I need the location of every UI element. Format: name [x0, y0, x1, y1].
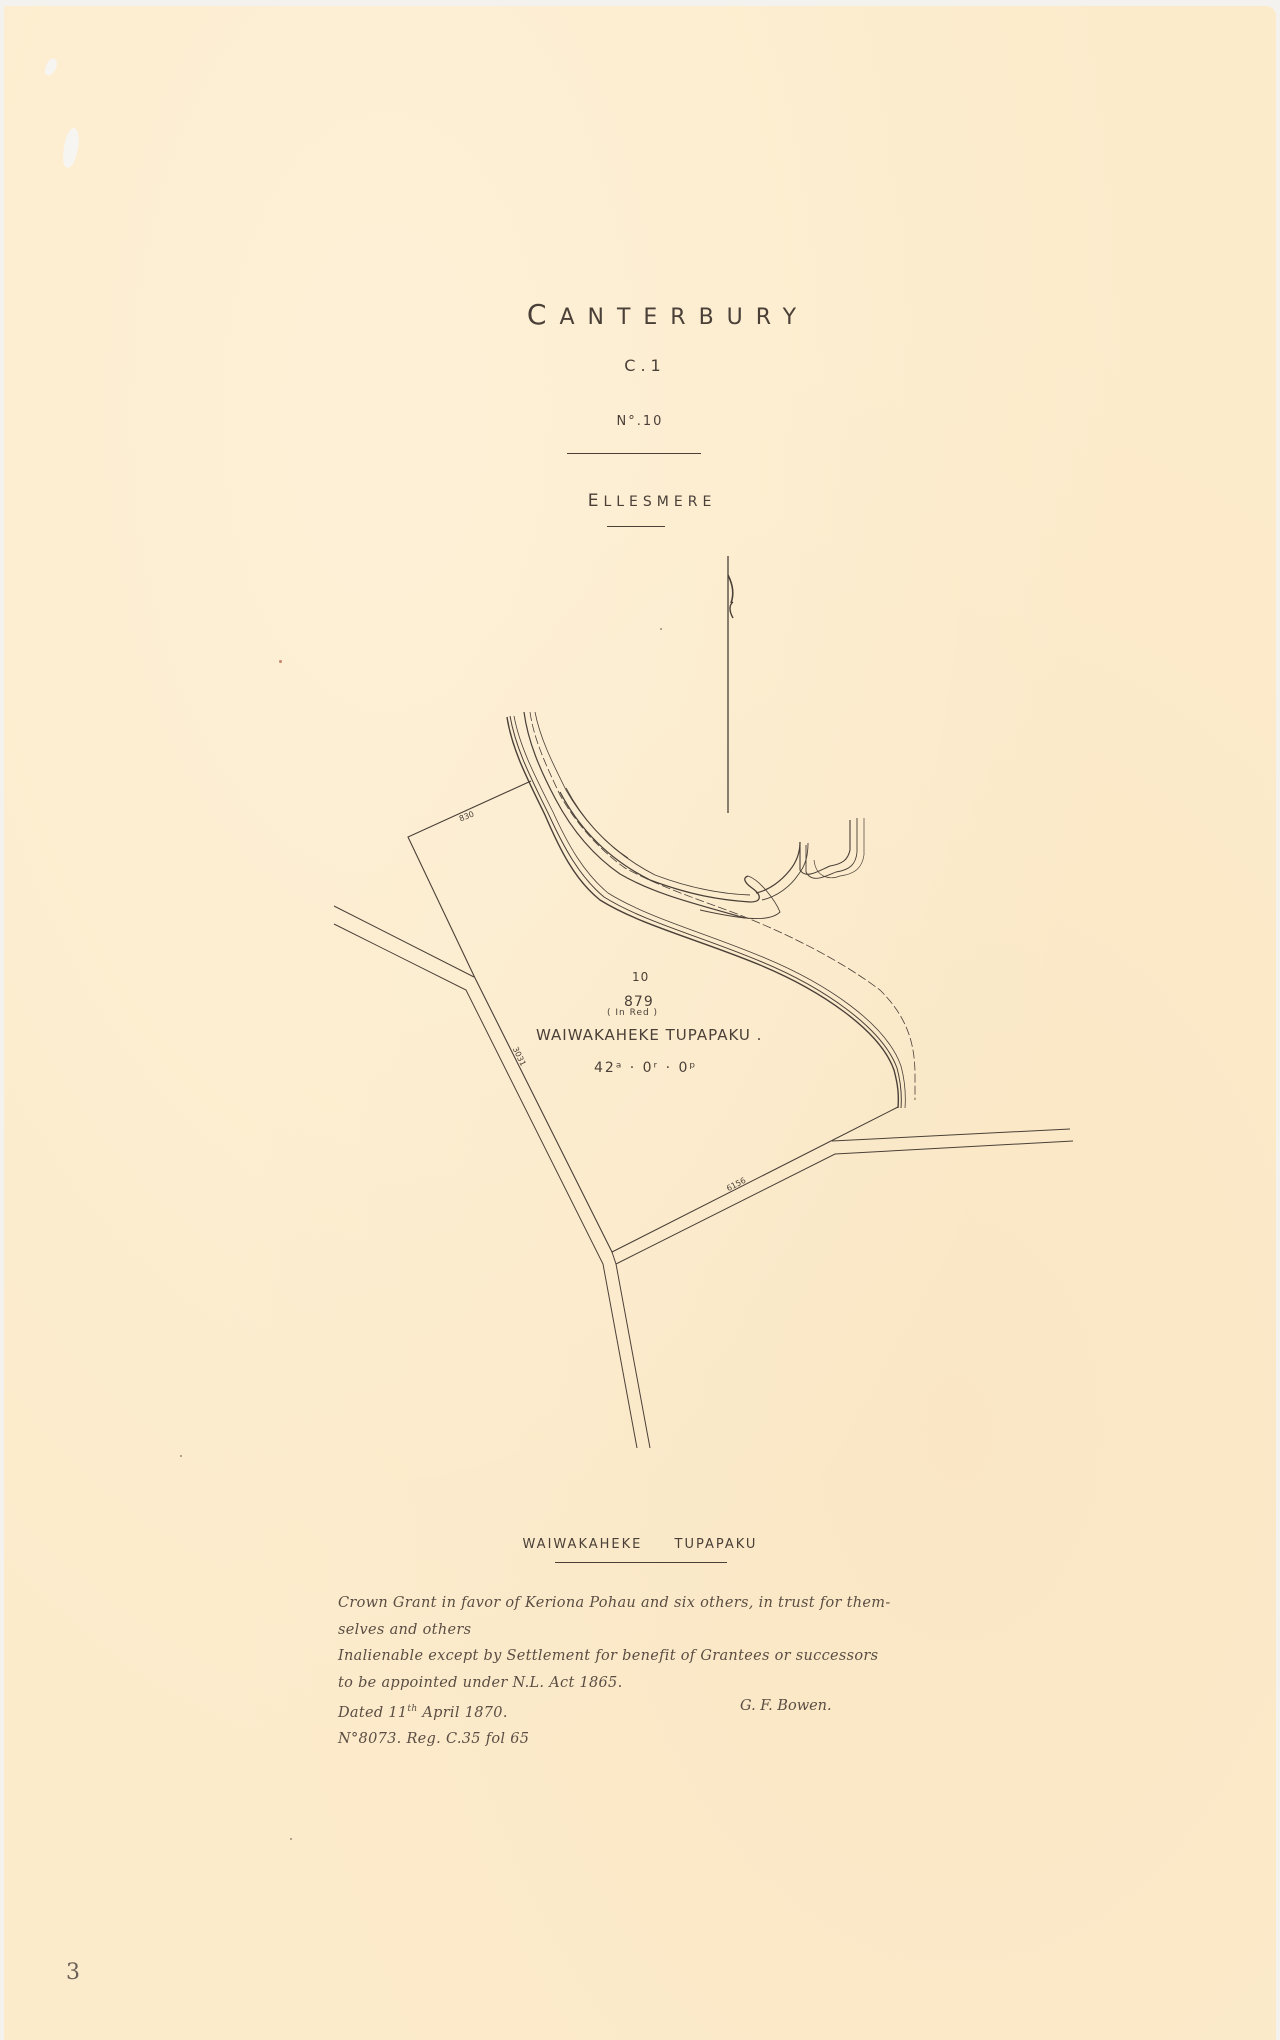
river — [507, 712, 915, 1108]
footer-heading-first: WAIWAKAHEKE — [523, 1537, 643, 1552]
margin-mark: 3 — [66, 1960, 80, 1985]
date-prefix: Dated 11 — [338, 1705, 407, 1721]
road-west — [334, 906, 650, 1448]
footer-heading: WAIWAKAHEKE TUPAPAKU — [0, 1537, 1280, 1552]
inscription-date: Dated 11th April 1870. — [338, 1696, 1038, 1726]
parcel-name: WAIWAKAHEKE TUPAPAKU . — [536, 1026, 762, 1044]
footer-heading-second: TUPAPAKU — [675, 1537, 758, 1552]
governor-signature: G. F. Bowen. — [740, 1698, 832, 1714]
area-code-note: ( In Red ) — [607, 1008, 658, 1018]
footer-heading-underline — [555, 1562, 727, 1563]
date-suffix: April 1870. — [417, 1705, 507, 1721]
inscription-line: to be appointed under N.L. Act 1865. — [338, 1670, 1038, 1697]
road-east — [616, 1129, 1073, 1264]
inscription-line: selves and others — [338, 1617, 1038, 1644]
section-number: 10 — [632, 970, 649, 984]
grant-inscription: Crown Grant in favor of Keriona Pohau an… — [338, 1590, 1038, 1753]
north-arrow-icon — [728, 556, 733, 813]
inscription-line: Crown Grant in favor of Keriona Pohau an… — [338, 1590, 1038, 1617]
inscription-register: N°8073. Reg. C.35 fol 65 — [338, 1726, 1038, 1753]
date-ordinal: th — [407, 1704, 417, 1714]
parcel-area: 42ᵃ · 0ʳ · 0ᵖ — [594, 1060, 697, 1076]
inscription-line: Inalienable except by Settlement for ben… — [338, 1643, 1038, 1670]
